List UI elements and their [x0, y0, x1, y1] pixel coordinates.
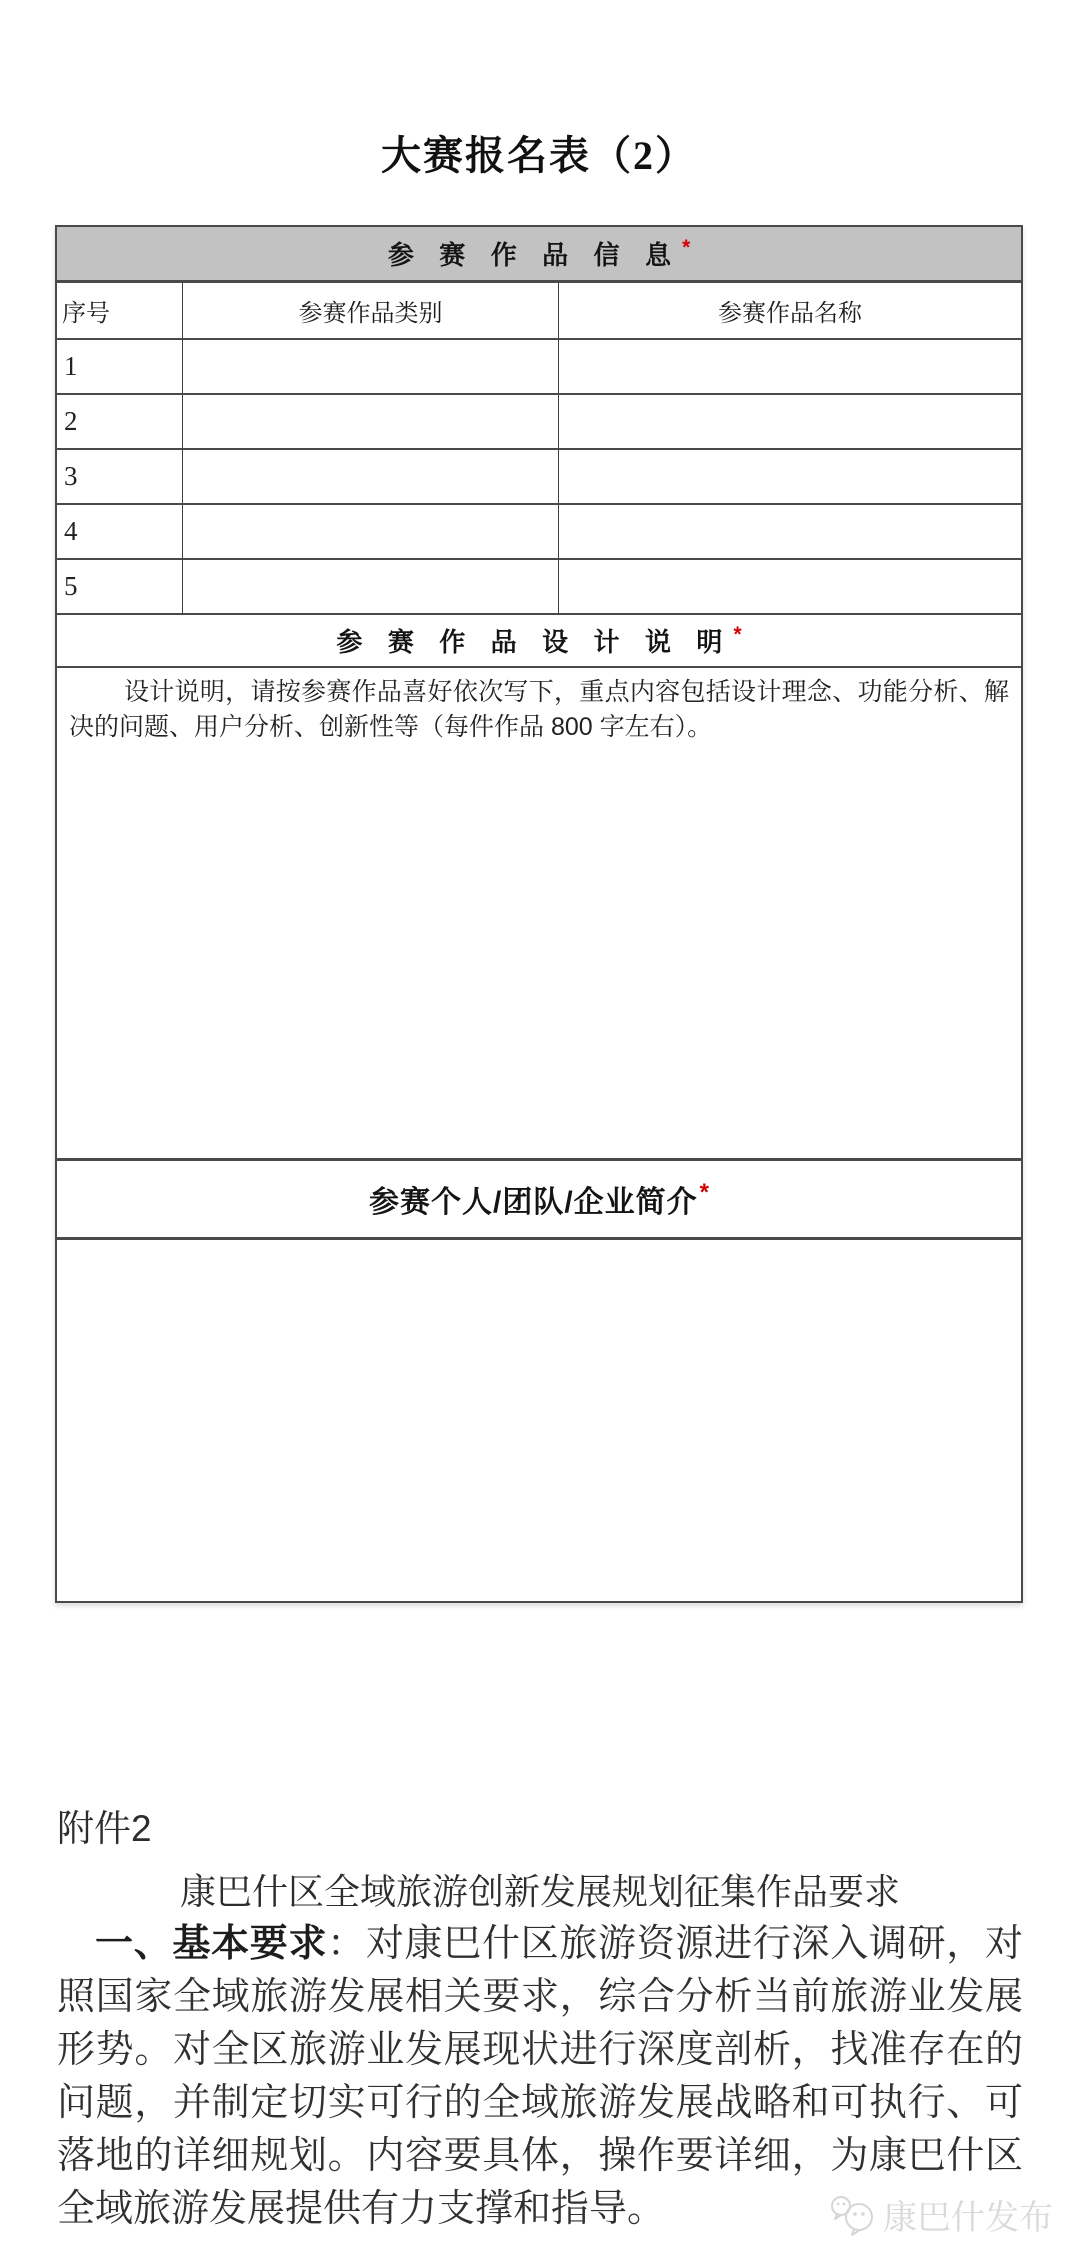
- table-row: 1: [57, 340, 1021, 395]
- required-asterisk: *: [700, 1179, 709, 1207]
- watermark-text: 康巴什发布: [883, 2190, 1053, 2239]
- section-title: 参赛个人/团队/企业简介: [369, 1177, 698, 1221]
- column-header-row: 序号 参赛作品类别 参赛作品名称: [57, 283, 1021, 340]
- table-row: 5: [57, 560, 1021, 615]
- section-header-work-info: 参 赛 作 品 信 息*: [57, 227, 1021, 283]
- row-index: 2: [57, 395, 183, 448]
- category-cell-empty: [183, 340, 559, 393]
- registration-form-table: 参 赛 作 品 信 息* 序号 参赛作品类别 参赛作品名称 1 2 3 4 5 …: [55, 225, 1023, 1603]
- intro-cell-empty: [57, 1240, 1021, 1601]
- name-cell-empty: [559, 395, 1021, 448]
- row-index: 5: [57, 560, 183, 613]
- section-title: 参 赛 作 品 设 计 说 明: [336, 622, 731, 659]
- wechat-bubbles-icon: [826, 2192, 878, 2238]
- table-row: 3: [57, 450, 1021, 505]
- section-title: 参 赛 作 品 信 息: [388, 235, 680, 272]
- table-row: 4: [57, 505, 1021, 560]
- section-header-intro: 参赛个人/团队/企业简介*: [57, 1161, 1021, 1240]
- column-header-index: 序号: [57, 283, 183, 338]
- required-asterisk: *: [682, 236, 690, 260]
- category-cell-empty: [183, 505, 559, 558]
- category-cell-empty: [183, 395, 559, 448]
- row-index: 4: [57, 505, 183, 558]
- name-cell-empty: [559, 560, 1021, 613]
- paragraph-body: ：对康巴什区旅游资源进行深入调研，对照国家全域旅游发展相关要求，综合分析当前旅游…: [57, 1923, 1023, 2230]
- row-index: 3: [57, 450, 183, 503]
- watermark: 康巴什发布: [826, 2190, 1053, 2239]
- name-cell-empty: [559, 505, 1021, 558]
- paragraph-lead-bold: 一、基本要求: [95, 1923, 327, 1965]
- attachment-paragraph: 一、基本要求：对康巴什区旅游资源进行深入调研，对照国家全域旅游发展相关要求，综合…: [57, 1918, 1023, 2236]
- table-row: 2: [57, 395, 1021, 450]
- column-header-category: 参赛作品类别: [183, 283, 559, 338]
- attachment-heading: 康巴什区全域旅游创新发展规划征集作品要求: [57, 1864, 1023, 1915]
- page-title: 大赛报名表（2）: [55, 124, 1023, 181]
- section-header-design-note: 参 赛 作 品 设 计 说 明*: [57, 615, 1021, 668]
- required-asterisk: *: [733, 623, 741, 647]
- attachment-label: 附件2: [57, 1798, 152, 1852]
- category-cell-empty: [183, 450, 559, 503]
- design-note-cell: 设计说明，请按参赛作品喜好依次写下，重点内容包括设计理念、功能分析、解决的问题、…: [57, 668, 1021, 1161]
- column-header-name: 参赛作品名称: [559, 283, 1021, 338]
- name-cell-empty: [559, 450, 1021, 503]
- name-cell-empty: [559, 340, 1021, 393]
- design-note-text: 设计说明，请按参赛作品喜好依次写下，重点内容包括设计理念、功能分析、解决的问题、…: [57, 668, 1021, 745]
- row-index: 1: [57, 340, 183, 393]
- category-cell-empty: [183, 560, 559, 613]
